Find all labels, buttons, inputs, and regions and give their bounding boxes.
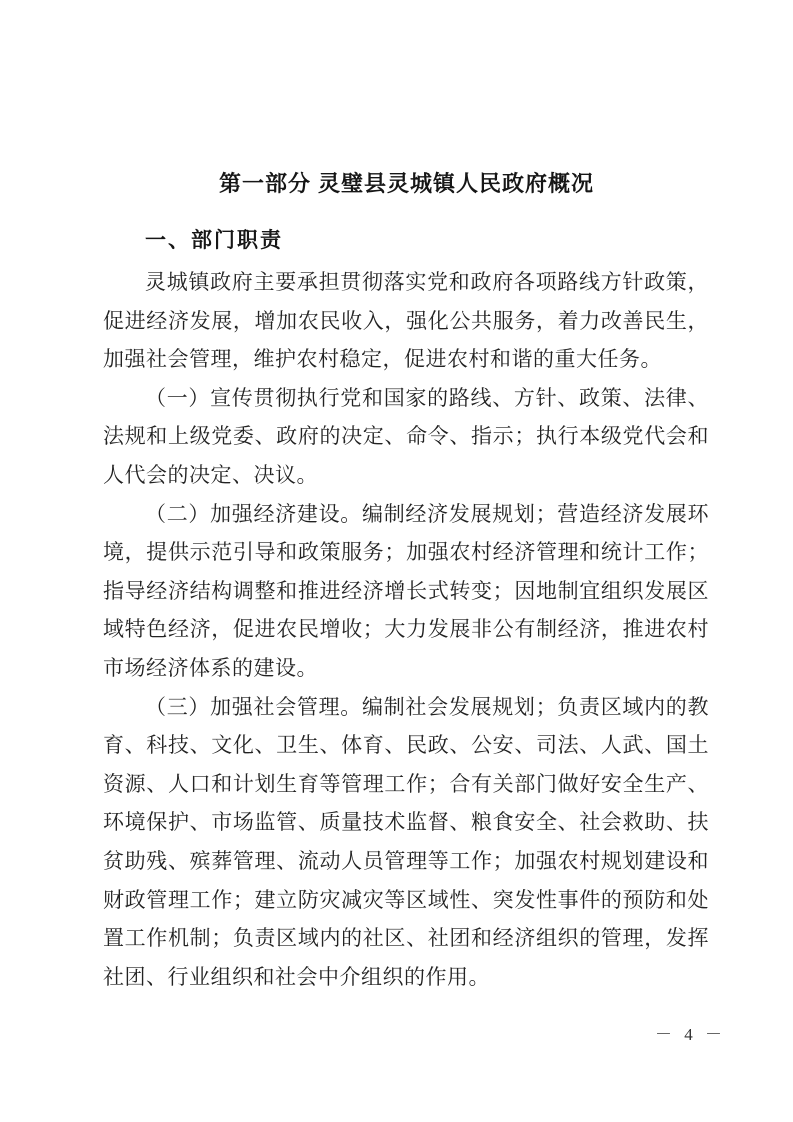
paragraph-overview: 灵城镇政府主要承担贯彻落实党和政府各项路线方针政策，促进经济发展，增加农民收入，… (103, 263, 709, 379)
document-body: 灵城镇政府主要承担贯彻落实党和政府各项路线方针政策，促进经济发展，增加农民收入，… (103, 263, 709, 996)
paragraph-duty-1: （一）宣传贯彻执行党和国家的路线、方针、政策、法律、法规和上级党委、政府的决定、… (103, 379, 709, 495)
paragraph-duty-2: （二）加强经济建设。编制经济发展规划；营造经济发展环境，提供示范引导和政策服务；… (103, 495, 709, 688)
document-page: 第一部分 灵璧县灵城镇人民政府概况 一、部门职责 灵城镇政府主要承担贯彻落实党和… (0, 0, 793, 1122)
page-title: 第一部分 灵璧县灵城镇人民政府概况 (103, 167, 710, 198)
page-number: － 4 － (655, 1020, 726, 1045)
section-heading: 一、部门职责 (145, 224, 283, 254)
paragraph-duty-3: （三）加强社会管理。编制社会发展规划；负责区域内的教育、科技、文化、卫生、体育、… (103, 688, 709, 997)
